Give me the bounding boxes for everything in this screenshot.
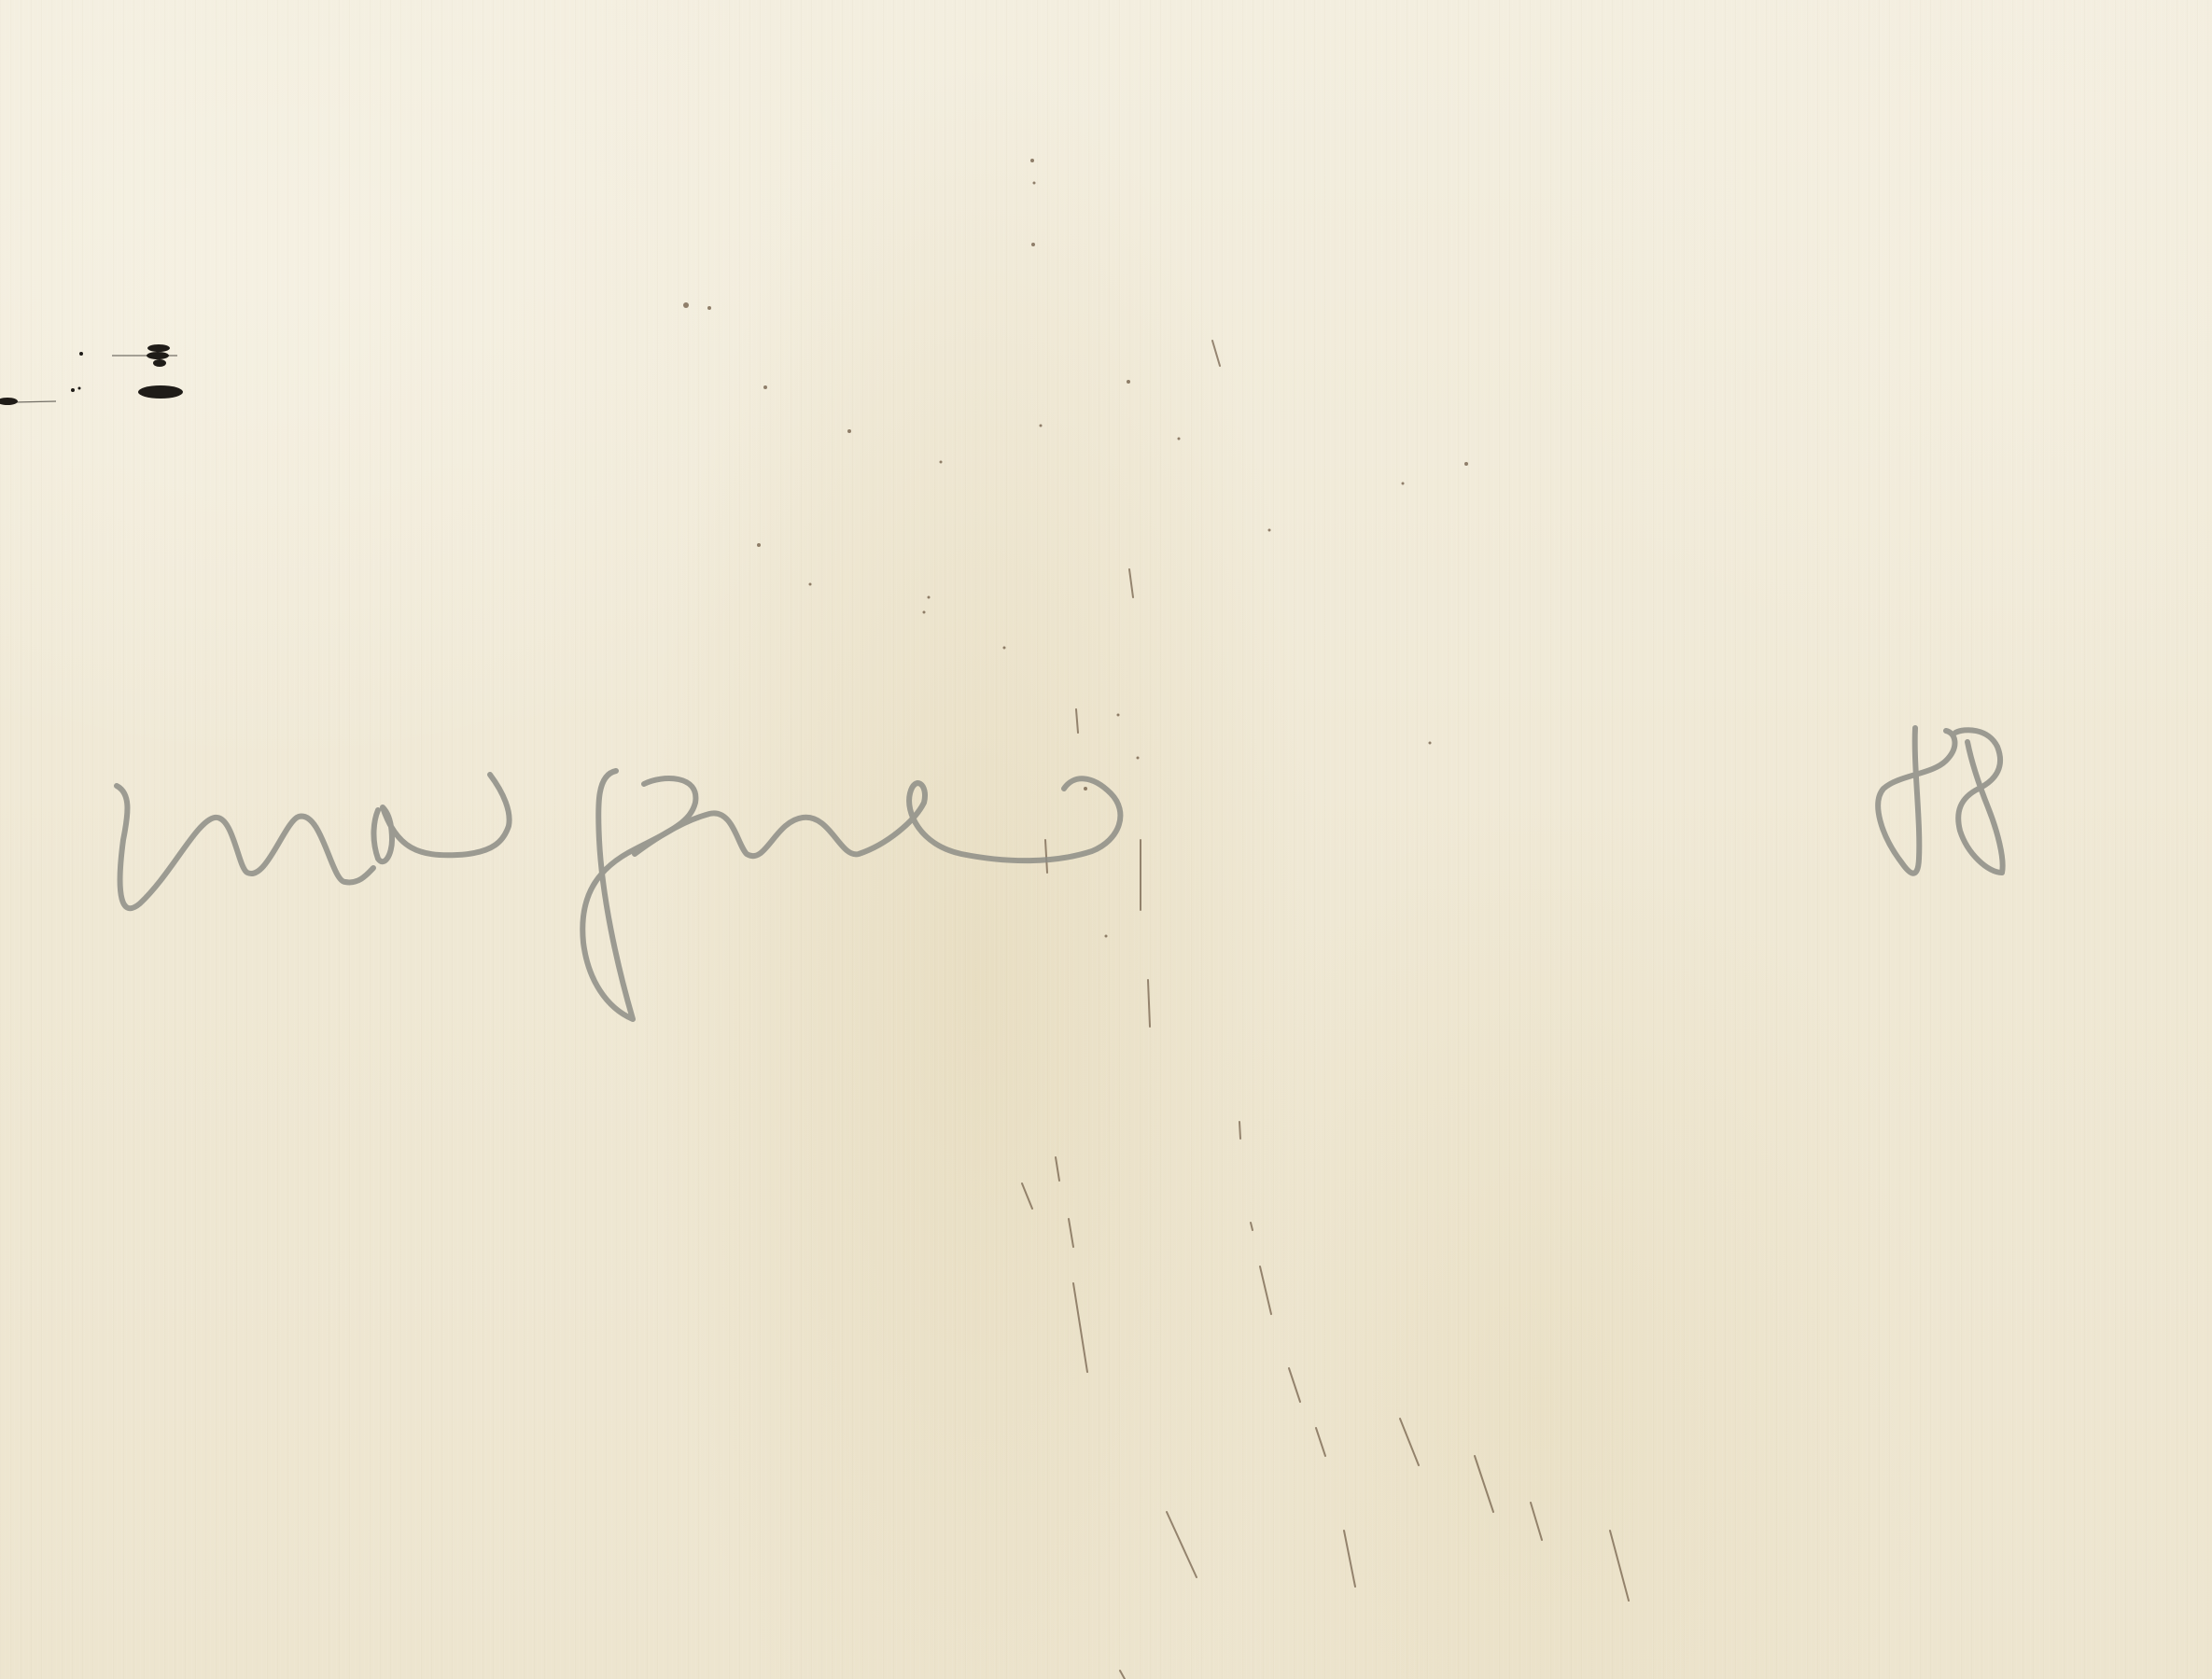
- pencil-signature: [0, 0, 2212, 1679]
